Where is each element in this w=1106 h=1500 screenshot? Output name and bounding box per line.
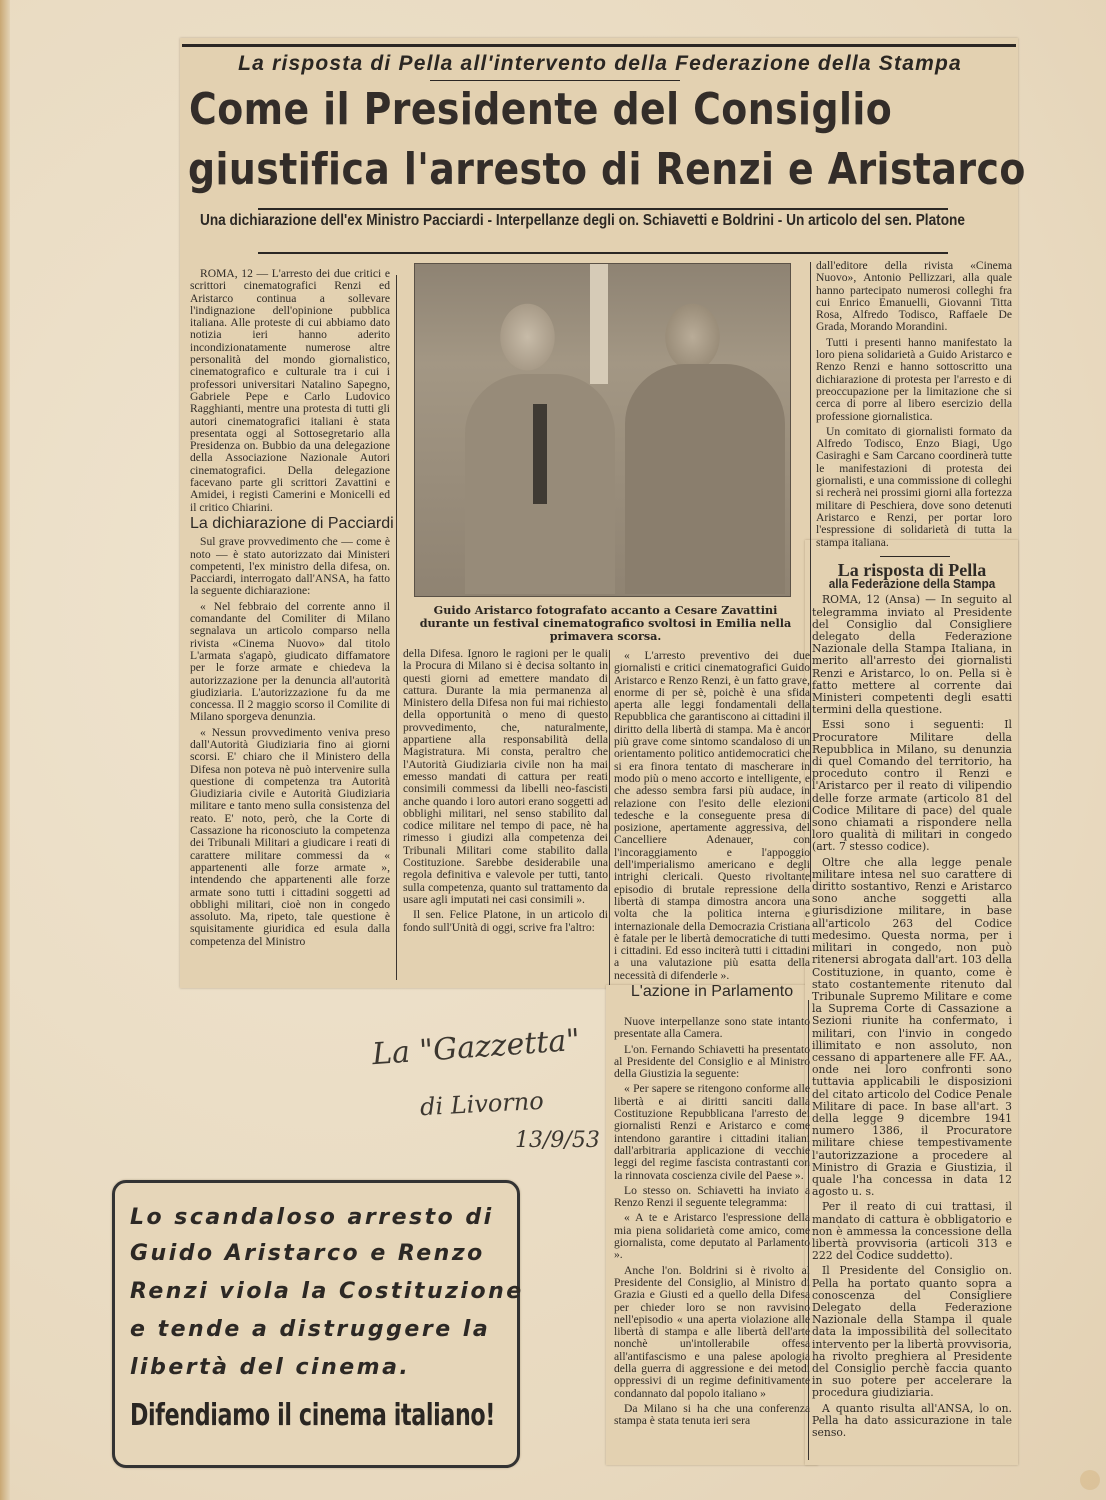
pella-title-rule <box>880 556 950 557</box>
lead-paragraph: ROMA, 12 — L'arresto dei due critici e s… <box>190 268 390 514</box>
kicker-line: La risposta di Pella all'intervento dell… <box>220 52 980 76</box>
photo-background-divider <box>590 264 608 384</box>
advert-line-3: Renzi viola la Costituzione <box>130 1279 500 1304</box>
paragraph: « Nel febbraio del corrente anno il coma… <box>190 601 390 724</box>
photo-tie <box>533 404 547 504</box>
subheadline: Una dichiarazione dell'ex Ministro Pacci… <box>200 212 922 230</box>
subhead-rule <box>258 252 948 254</box>
paragraph: ROMA, 12 (Ansa) — In seguito al telegram… <box>812 594 1012 716</box>
column-separator <box>609 650 610 985</box>
paragraph: Per il reato di cui trattasi, il mandato… <box>812 1201 1012 1262</box>
photo-person-right <box>625 364 785 594</box>
paragraph: « Per sapere se ritengono conforme alle … <box>614 1083 810 1181</box>
pella-article-title: La risposta di Pella <box>812 564 1012 576</box>
paragraph: Nuove interpellanze sono state intanto p… <box>614 1016 810 1041</box>
column-separator <box>808 1000 809 1460</box>
advert-slogan: Difendiamo il cinema italiano! <box>130 1398 404 1433</box>
headline-line-2: giustifica l'arresto di Renzi e Aristarc… <box>188 148 893 192</box>
advert-line-1: Lo scandaloso arresto di <box>130 1205 500 1230</box>
paragraph: Un comitato di giornalisti formato da Al… <box>816 426 1012 549</box>
column-separator <box>396 275 397 980</box>
column-separator <box>810 262 811 882</box>
advert-line-4: e tende a distruggere la <box>130 1317 500 1342</box>
photo-caption: Guido Aristarco fotografato accanto a Ce… <box>408 604 803 643</box>
handwritten-source: La "Gazzetta" <box>371 1023 581 1072</box>
advert-line-2: Guido Aristarco e Renzo <box>130 1241 500 1266</box>
paragraph: Il sen. Felice Platone, in un articolo d… <box>403 909 608 934</box>
paragraph: A quanto risulta all'ANSA, lo on. Pella … <box>812 1403 1012 1440</box>
paragraph: Tutti i presenti hanno manifestato la lo… <box>816 337 1012 423</box>
paragraph: « A te e Aristarco l'espressione della m… <box>614 1212 810 1261</box>
article-column-3-continued: Nuove interpellanze sono state intanto p… <box>614 1016 810 1431</box>
album-page-edge <box>0 0 10 1500</box>
paragraph: Sul grave provvedimento che — come è not… <box>190 536 390 597</box>
top-rule <box>182 44 1016 47</box>
pella-article: La risposta di Pella alla Federazione de… <box>812 564 1012 1442</box>
handwritten-date: 13/9/53 <box>515 1128 600 1153</box>
paragraph: Oltre che alla legge penale militare int… <box>812 857 1012 1199</box>
kicker-underline <box>430 80 680 81</box>
headline-line-1: Come il Presidente del Consiglio <box>188 88 893 132</box>
paragraph: della Difesa. Ignoro le ragioni per le q… <box>403 648 608 906</box>
paragraph: Anche l'on. Boldrini si è rivolto al Pre… <box>614 1265 810 1400</box>
article-column-1: ROMA, 12 — L'arresto dei due critici e s… <box>190 268 390 951</box>
paper-stain <box>1080 1470 1100 1490</box>
paragraph: Da Milano si ha che una conferenza stamp… <box>614 1403 810 1428</box>
paragraph: Essi sono i seguenti: Il Procuratore Mil… <box>812 719 1012 853</box>
paragraph: « Nessun provvedimento veniva preso dall… <box>190 727 390 948</box>
article-column-3: « L'arresto preventivo dei due giornalis… <box>614 650 810 1004</box>
headline-rule <box>258 208 948 210</box>
section-title-pacciardi: La dichiarazione di Pacciardi <box>190 518 390 530</box>
pella-article-subtitle: alla Federazione della Stampa <box>822 578 1002 590</box>
paragraph: Lo stesso on. Schiavetti ha inviato a Re… <box>614 1185 810 1210</box>
paragraph: Il Presidente del Consiglio on. Pella ha… <box>812 1265 1012 1399</box>
photo-aristarco-zavattini <box>414 263 791 597</box>
article-column-4: dall'editore della rivista «Cinema Nuovo… <box>816 260 1012 552</box>
section-title-parlamento: L'azione in Parlamento <box>614 986 810 998</box>
paragraph: dall'editore della rivista «Cinema Nuovo… <box>816 260 1012 334</box>
advert-line-5: libertà del cinema. <box>130 1355 500 1380</box>
article-column-2: della Difesa. Ignoro le ragioni per le q… <box>403 648 608 937</box>
paragraph: L'on. Fernando Schiavetti ha presentato … <box>614 1044 810 1081</box>
platone-quote: « L'arresto preventivo dei due giornalis… <box>614 650 810 982</box>
handwritten-city: di Livorno <box>419 1087 544 1121</box>
